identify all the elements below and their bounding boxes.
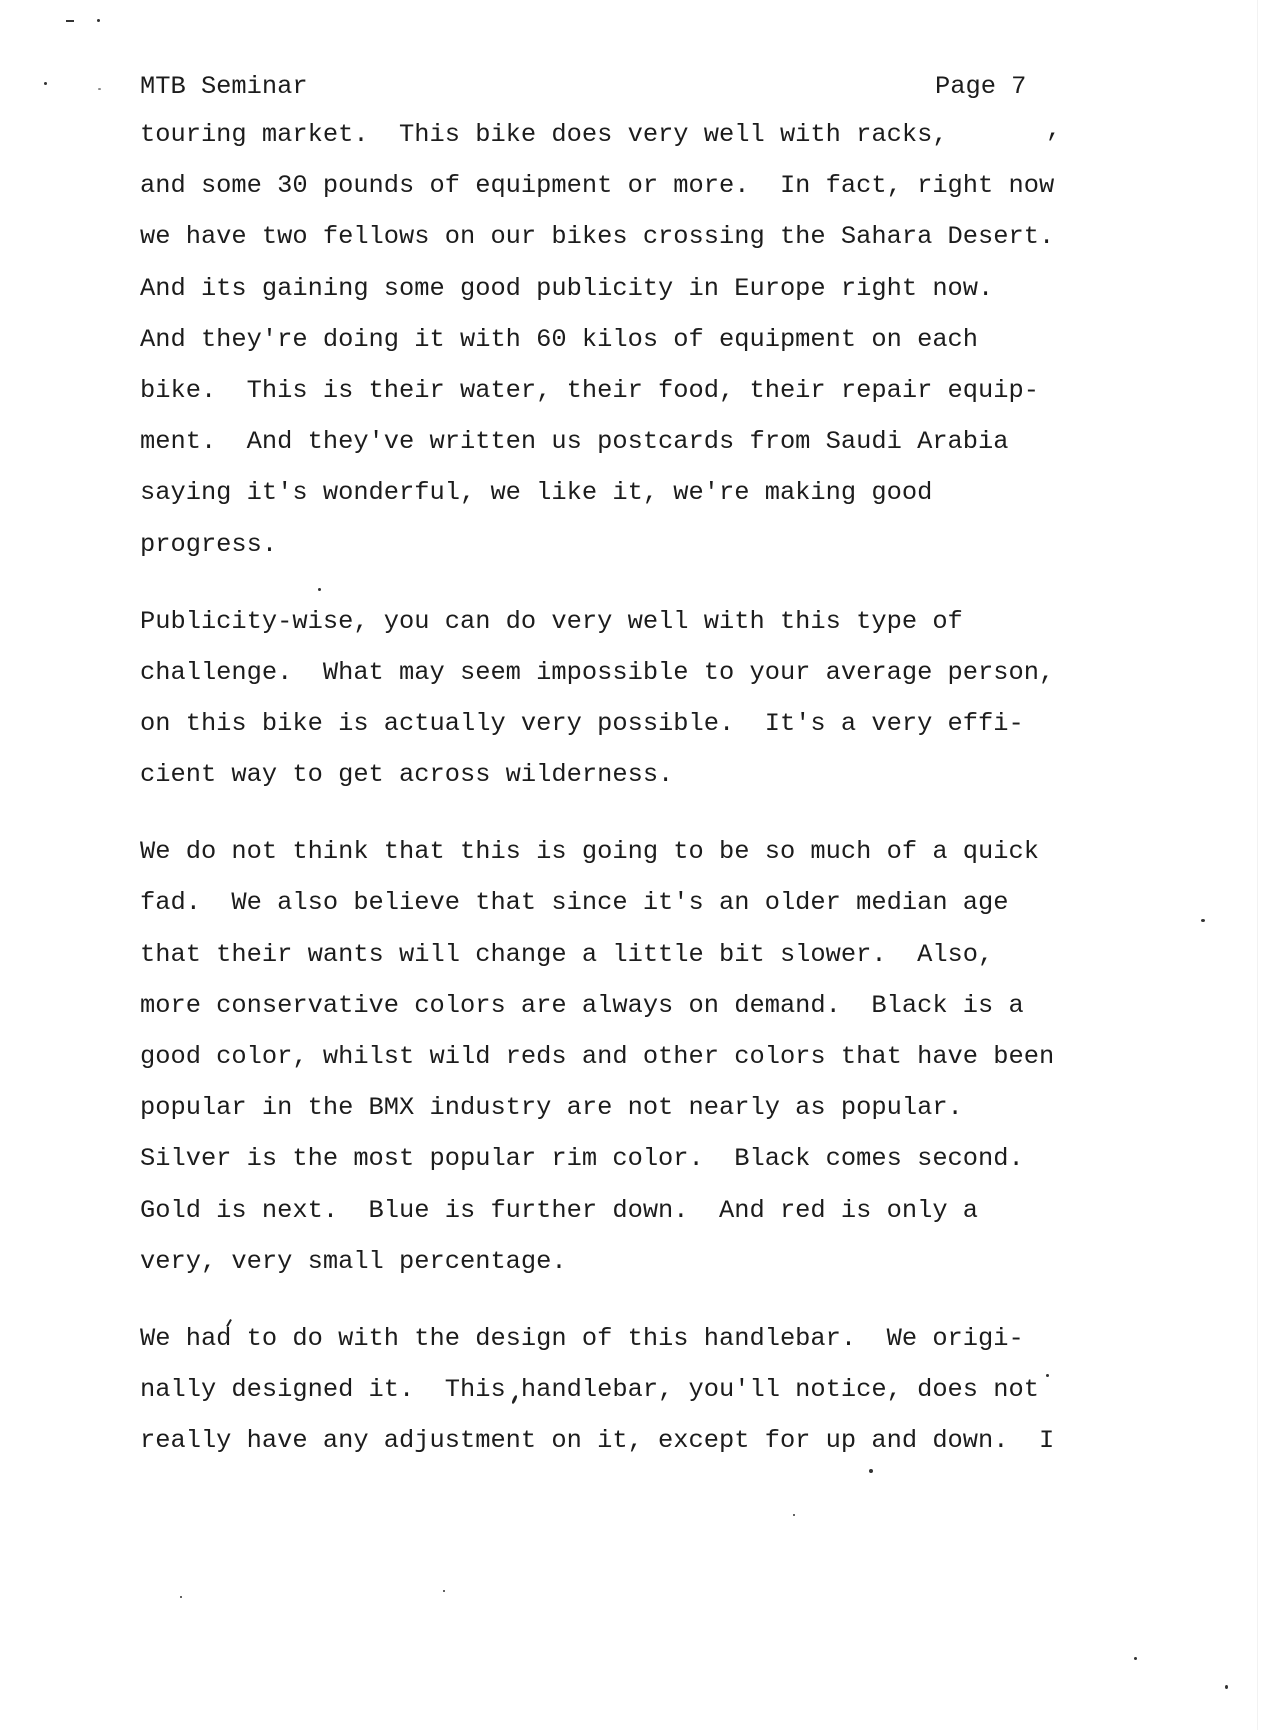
scan-speck <box>180 1596 182 1598</box>
running-header-title: MTB Seminar <box>140 72 308 102</box>
stray-comma-mark: , <box>1046 115 1061 145</box>
page-number-label: Page 7 <box>935 72 1026 102</box>
text-line: And they're doing it with 60 kilos of eq… <box>140 325 978 355</box>
scan-speck <box>1225 1685 1228 1689</box>
text-line: cient way to get across wilderness. <box>140 760 673 790</box>
text-line: Gold is next. Blue is further down. And … <box>140 1196 978 1226</box>
text-line: saying it's wonderful, we like it, we're… <box>140 478 932 508</box>
text-line: on this bike is actually very possible. … <box>140 709 1024 739</box>
text-line: We had to do with the design of this han… <box>140 1324 1024 1354</box>
text-line: bike. This is their water, their food, t… <box>140 376 1039 406</box>
text-line: more conservative colors are always on d… <box>140 991 1024 1021</box>
text-line: ment. And they've written us postcards f… <box>140 427 1009 457</box>
text-line: really have any adjustment on it, except… <box>140 1426 1054 1456</box>
scan-speck <box>443 1590 445 1592</box>
scan-speck <box>869 1469 873 1473</box>
scan-speck <box>44 82 47 85</box>
scan-speck <box>98 88 101 90</box>
text-line: that their wants will change a little bi… <box>140 940 993 970</box>
scan-speck <box>66 20 74 22</box>
scan-speck <box>1046 1374 1049 1377</box>
text-line: Silver is the most popular rim color. Bl… <box>140 1144 1024 1174</box>
document-page: MTB Seminar Page 7 touring market. This … <box>0 0 1267 1730</box>
text-line: And its gaining some good publicity in E… <box>140 274 993 304</box>
text-line: fad. We also believe that since it's an … <box>140 888 1009 918</box>
page-edge-line <box>1257 0 1258 1730</box>
text-line: We do not think that this is going to be… <box>140 837 1039 867</box>
text-line: good color, whilst wild reds and other c… <box>140 1042 1054 1072</box>
scan-speck <box>1134 1657 1137 1660</box>
text-line: challenge. What may seem impossible to y… <box>140 658 1054 688</box>
scan-speck <box>97 19 100 22</box>
text-line: Publicity-wise, you can do very well wit… <box>140 607 963 637</box>
scan-speck <box>793 1514 795 1516</box>
text-line: very, very small percentage. <box>140 1247 567 1277</box>
text-line: we have two fellows on our bikes crossin… <box>140 222 1054 252</box>
scan-speck <box>318 588 321 591</box>
text-line: nally designed it. This handlebar, you'l… <box>140 1375 1039 1405</box>
text-line: progress. <box>140 530 277 560</box>
text-line: touring market. This bike does very well… <box>140 120 948 150</box>
scan-speck <box>1201 919 1205 922</box>
text-line: popular in the BMX industry are not near… <box>140 1093 963 1123</box>
text-line: and some 30 pounds of equipment or more.… <box>140 171 1054 201</box>
